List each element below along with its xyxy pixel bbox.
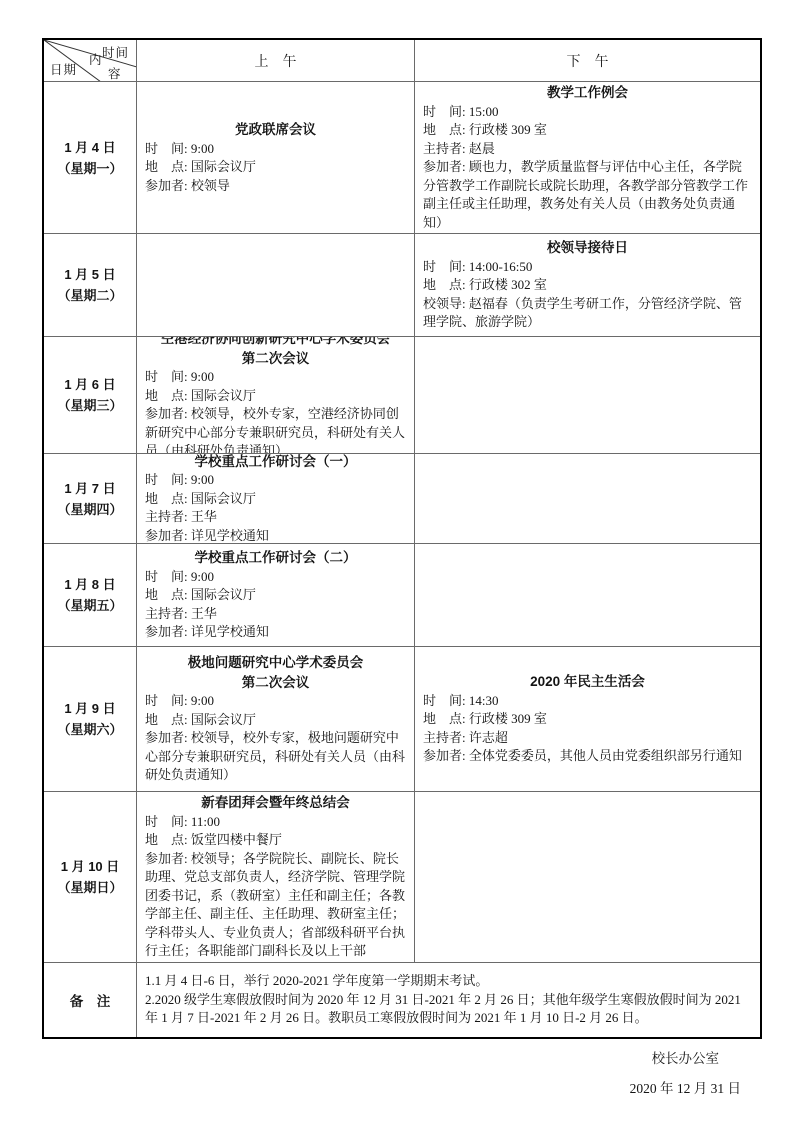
corner-label-time: 时间 (102, 43, 129, 61)
event-cell-jan5-morning-empty (137, 234, 415, 337)
weekday-label: （星期一） (57, 158, 122, 179)
event-cell-jan10-afternoon-empty (415, 792, 760, 963)
signature-office: 校长办公室 (630, 1044, 741, 1074)
event-cell-jan9-afternoon: 2020 年民主生活会 时 间: 14:30 地 点: 行政楼 309 室 主持… (415, 647, 760, 792)
date-label: 1 月 7 日 (64, 478, 115, 499)
corner-label-date: 日期 (50, 60, 77, 78)
event-cell-jan8-afternoon-empty (415, 544, 760, 647)
event-cell-jan4-afternoon: 教学工作例会 时 间: 15:00 地 点: 行政楼 309 室 主持者: 赵晨… (415, 82, 760, 234)
event-details: 时 间: 14:00-16:50 地 点: 行政楼 302 室 校领导: 赵福春… (423, 258, 752, 332)
event-title: 2020 年民主生活会 (423, 672, 752, 692)
event-title: 学校重点工作研讨会（二） (145, 548, 406, 568)
date-label: 1 月 5 日 (64, 264, 115, 285)
event-details: 时 间: 9:00 地 点: 国际会议厅 参加者: 校领导，校外专家，空港经济协… (145, 368, 406, 454)
event-title: 极地问题研究中心学术委员会 第二次会议 (145, 653, 406, 692)
date-cell-jan8: 1 月 8 日 （星期五） (44, 544, 137, 647)
event-cell-jan9-morning: 极地问题研究中心学术委员会 第二次会议 时 间: 9:00 地 点: 国际会议厅… (137, 647, 415, 792)
column-header-morning: 上 午 (137, 40, 415, 82)
date-label: 1 月 9 日 (64, 698, 115, 719)
event-cell-jan6-morning: 空港经济协同创新研究中心学术委员会 第二次会议 时 间: 9:00 地 点: 国… (137, 337, 415, 454)
remark-label-cell: 备 注 (44, 963, 137, 1037)
date-cell-jan7: 1 月 7 日 （星期四） (44, 454, 137, 544)
event-cell-jan10-morning: 新春团拜会暨年终总结会 时 间: 11:00 地 点: 饭堂四楼中餐厅 参加者:… (137, 792, 415, 963)
date-cell-jan6: 1 月 6 日 （星期三） (44, 337, 137, 454)
event-title: 校领导接待日 (423, 238, 752, 258)
signature-date: 2020 年 12 月 31 日 (630, 1074, 741, 1104)
event-details: 时 间: 15:00 地 点: 行政楼 309 室 主持者: 赵晨 参加者: 顾… (423, 103, 752, 233)
weekday-label: （星期四） (57, 499, 122, 520)
signature-block: 校长办公室 2020 年 12 月 31 日 (630, 1044, 741, 1104)
event-details: 时 间: 11:00 地 点: 饭堂四楼中餐厅 参加者: 校领导；各学院院长、副… (145, 813, 406, 961)
diagonal-header-cell: 时间 内 容 日期 (44, 40, 137, 82)
event-title: 空港经济协同创新研究中心学术委员会 第二次会议 (145, 337, 406, 368)
event-details: 时 间: 14:30 地 点: 行政楼 309 室 主持者: 许志超 参加者: … (423, 692, 752, 766)
date-cell-jan5: 1 月 5 日 （星期二） (44, 234, 137, 337)
corner-label-content-1: 内 (89, 50, 103, 68)
column-header-afternoon: 下 午 (415, 40, 760, 82)
remark-text: 1.1 月 4 日-6 日，举行 2020-2021 学年度第一学期期末考试。 … (145, 972, 752, 1028)
weekday-label: （星期五） (57, 595, 122, 616)
date-cell-jan9: 1 月 9 日 （星期六） (44, 647, 137, 792)
event-details: 时 间: 9:00 地 点: 国际会议厅 参加者: 校领导 (145, 140, 406, 196)
weekday-label: （星期二） (57, 285, 122, 306)
event-cell-jan6-afternoon-empty (415, 337, 760, 454)
event-cell-jan7-morning: 学校重点工作研讨会（一） 时 间: 9:00 地 点: 国际会议厅 主持者: 王… (137, 454, 415, 544)
weekday-label: （星期三） (57, 395, 122, 416)
event-cell-jan4-morning: 党政联席会议 时 间: 9:00 地 点: 国际会议厅 参加者: 校领导 (137, 82, 415, 234)
event-details: 时 间: 9:00 地 点: 国际会议厅 主持者: 王华 参加者: 详见学校通知 (145, 568, 406, 642)
event-cell-jan8-morning: 学校重点工作研讨会（二） 时 间: 9:00 地 点: 国际会议厅 主持者: 王… (137, 544, 415, 647)
corner-label-content-2: 容 (108, 64, 122, 82)
meeting-schedule-table: 时间 内 容 日期 上 午 下 午 1 月 4 日 （星期一） 党政联席会议 时… (42, 38, 762, 1039)
date-label: 1 月 6 日 (64, 374, 115, 395)
event-title: 党政联席会议 (145, 120, 406, 140)
event-title: 教学工作例会 (423, 83, 752, 103)
event-details: 时 间: 9:00 地 点: 国际会议厅 参加者: 校领导，校外专家，极地问题研… (145, 692, 406, 785)
weekday-label: （星期日） (57, 877, 122, 898)
date-cell-jan4: 1 月 4 日 （星期一） (44, 82, 137, 234)
event-cell-jan7-afternoon-empty (415, 454, 760, 544)
event-cell-jan5-afternoon: 校领导接待日 时 间: 14:00-16:50 地 点: 行政楼 302 室 校… (415, 234, 760, 337)
event-title: 新春团拜会暨年终总结会 (145, 793, 406, 813)
date-label: 1 月 4 日 (64, 137, 115, 158)
weekday-label: （星期六） (57, 719, 122, 740)
date-cell-jan10: 1 月 10 日 （星期日） (44, 792, 137, 963)
remark-content-cell: 1.1 月 4 日-6 日，举行 2020-2021 学年度第一学期期末考试。 … (137, 963, 760, 1037)
event-title: 学校重点工作研讨会（一） (145, 454, 406, 471)
date-label: 1 月 10 日 (61, 856, 120, 877)
date-label: 1 月 8 日 (64, 574, 115, 595)
event-details: 时 间: 9:00 地 点: 国际会议厅 主持者: 王华 参加者: 详见学校通知 (145, 471, 406, 544)
